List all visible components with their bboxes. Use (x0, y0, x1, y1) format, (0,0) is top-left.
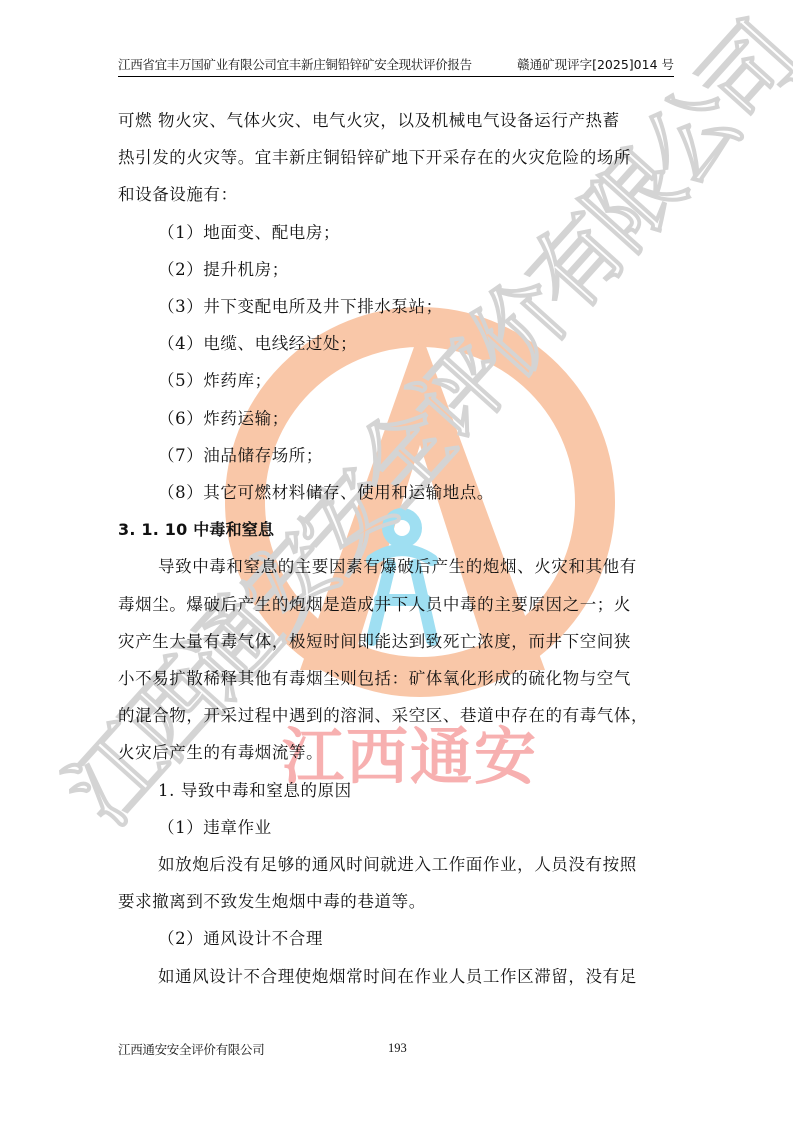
paragraph-line: 要求撤离到不致发生炮烟中毒的巷道等。 (118, 883, 674, 920)
paragraph-line: 如通风设计不合理使炮烟常时间在作业人员工作区滞留，没有足 (118, 958, 674, 995)
paragraph-line: 热引发的火灾等。宜丰新庄铜铅锌矿地下开采存在的火灾危险的场所 (118, 139, 674, 176)
fire-hazard-item: （4）电缆、电线经过处； (118, 325, 674, 362)
paragraph-line: 如放炮后没有足够的通风时间就进入工作面作业，人员没有按照 (118, 846, 674, 883)
paragraph-line: 的混合物，开采过程中遇到的溶洞、采空区、巷道中存在的有毒气体， (118, 697, 674, 734)
report-title: 江西省宜丰万国矿业有限公司宜丰新庄铜铅锌矿安全现状评价报告 (118, 56, 472, 74)
paragraph-line: 毒烟尘。爆破后产生的炮烟是造成井下人员中毒的主要原因之一；火 (118, 586, 674, 623)
paragraph-line: 和设备设施有： (118, 176, 674, 213)
page: 江西省宜丰万国矿业有限公司宜丰新庄铜铅锌矿安全现状评价报告 赣通矿现评字[202… (0, 0, 793, 1122)
fire-hazard-item: （8）其它可燃材料储存、使用和运输地点。 (118, 474, 674, 511)
fire-hazard-item: （3）井下变配电所及井下排水泵站； (118, 288, 674, 325)
cause-title: （2）通风设计不合理 (118, 920, 674, 957)
footer-company: 江西通安安全评价有限公司 (118, 1041, 264, 1059)
page-footer: 江西通安安全评价有限公司 193 (118, 1041, 674, 1061)
fire-hazard-item: （5）炸药库； (118, 362, 674, 399)
fire-hazard-item: （7）油品储存场所； (118, 437, 674, 474)
document-body: 可燃 物火灾、气体火灾、电气火灾，以及机械电气设备运行产热蓄 热引发的火灾等。宜… (118, 102, 674, 995)
fire-hazard-item: （2）提升机房； (118, 251, 674, 288)
paragraph-line: 火灾后产生的有毒烟流等。 (118, 734, 674, 771)
page-header: 江西省宜丰万国矿业有限公司宜丰新庄铜铅锌矿安全现状评价报告 赣通矿现评字[202… (118, 56, 674, 77)
fire-hazard-item: （1）地面变、配电房； (118, 214, 674, 251)
document-number: 赣通矿现评字[2025]014 号 (517, 56, 674, 74)
cause-title: （1）违章作业 (118, 809, 674, 846)
paragraph-line: 可燃 物火灾、气体火灾、电气火灾，以及机械电气设备运行产热蓄 (118, 102, 674, 139)
paragraph-line: 小不易扩散稀释其他有毒烟尘则包括：矿体氧化形成的硫化物与空气 (118, 660, 674, 697)
fire-hazard-item: （6）炸药运输； (118, 400, 674, 437)
paragraph-line: 灾产生大量有毒气体，极短时间即能达到致死亡浓度，而井下空间狭 (118, 623, 674, 660)
section-heading: 3. 1. 10 中毒和窒息 (118, 511, 674, 548)
subheading: 1. 导致中毒和窒息的原因 (118, 772, 674, 809)
page-number: 193 (388, 1039, 407, 1057)
paragraph-line: 导致中毒和窒息的主要因素有爆破后产生的炮烟、火灾和其他有 (118, 548, 674, 585)
